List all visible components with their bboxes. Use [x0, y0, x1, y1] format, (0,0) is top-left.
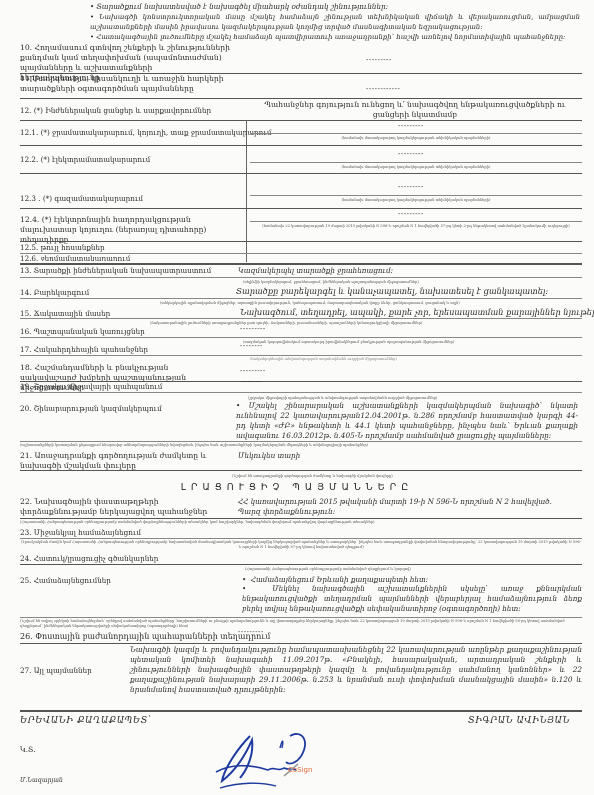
bullet-text: Մեկնել նախագծային աշխատանքներին սկսելը՝ … — [242, 584, 582, 613]
row-25-bullet-2: • Մեկնել նախագծային աշխատանքներին սկսելը… — [242, 584, 582, 615]
row-25-label: 25. Համաձայնեցումներ — [20, 576, 111, 586]
row-11-value: ------------ — [366, 85, 400, 93]
row-13-label: 13. Տարածքի ինժեներական նախապատրաստում — [20, 266, 211, 276]
row-22-note: (Հայաստանի Հանրապետության օրենսդրությամբ… — [20, 520, 375, 525]
row-12-1-label: 12.1. (*) ջրամատակարարում, կոյուղի, տաք … — [20, 128, 271, 138]
row-25-note: (Նշվում են տվյալ օբյեկտի համաձայնեցման՝ … — [20, 619, 580, 629]
row-16-label: 16. Պաշտպանական կառույցներ — [20, 327, 145, 337]
row-14-value: Տարածքը բարեկարգել և կանաչապատել, նախատե… — [236, 286, 548, 296]
row-27-value: Նախագծի կազմը և բովանդակությունը համապատ… — [130, 645, 582, 695]
row-12-3-label: 12.3 . (*) գազամատակարարում — [20, 194, 143, 204]
bullet-1: • Տարածքում նախատեսված է նախագծել միահար… — [90, 2, 580, 12]
row-12-2-note: (համանախ մատակարարող կազմակերպության տեխ… — [250, 165, 582, 170]
row-22-value-line2: Պարզ փորձաքննություն: — [238, 507, 335, 517]
row-17-value: -------- — [240, 342, 263, 350]
row-24-note: (Հայաստանի Հանրապետության օրենսդրությամբ… — [245, 567, 411, 572]
row-17-note: (հակահրդեհային անվտանգության ապահովմանն … — [250, 357, 397, 362]
row-18-value: --------- — [240, 367, 266, 375]
row-20-note: (աշխատանքների կատարման ընթացքում հնարավո… — [20, 443, 368, 448]
row-22-label: 22. Նախագծային փաստաթղթերի փորձաքննությա… — [20, 497, 230, 517]
mayor-name: ՏԻԳՐԱՆ ԱՎԻՆՅԱՆ — [468, 716, 570, 726]
row-23-note: (Լրամշակման մասին կամ Հայաստանի Հանրապետ… — [20, 540, 582, 550]
stamp-initials: Կ.Տ. — [20, 745, 36, 755]
signature-icon — [210, 726, 320, 792]
row-12-3-note: (համանախ մատակարարող կազմակերպության տեխ… — [250, 198, 582, 203]
bullet-text: Տարածքում նախատեսված է նախագծել միահարկ … — [97, 2, 389, 11]
row-16-value: --------- — [240, 325, 266, 333]
row-15-value: Նախագծում, տեղադրել, ապակի, քարե չոր, եր… — [240, 307, 594, 317]
row-12-5-label: 12.5. թույլ հոսանքներ — [20, 243, 105, 253]
row-24-label: 24. Հատուկ/լրացուցիչ գծանկարներ — [20, 554, 158, 564]
row-15-note: (ճակատարանային լուծումների առաջադրանքներ… — [150, 321, 422, 326]
executor-name: Մ.Նազարյան — [20, 776, 63, 786]
row-13-note: (ռելիեֆի կազմակերպում, ջրահեռացում, ինժե… — [243, 280, 419, 285]
row-12-2-value: --------- — [398, 150, 424, 158]
row-10-value: --------- — [366, 56, 392, 64]
row-12-6-label: 12.6. ջերմամատակարարում — [20, 254, 130, 261]
row-12-4-note: (համանախ 22 կառավարության 19 մարտի 2015 … — [256, 224, 576, 229]
row-12-header: Պահանջներ գոյություն ունեցող և՛ նախագծվո… — [250, 100, 580, 120]
row-14-label: 14. Բարեկարգում — [20, 288, 89, 298]
row-11-label: 11.Ստորգետնյա, կիսանկուղի և առաջին հարկե… — [20, 74, 240, 94]
row-12-2-label: 12.2. (*) էլեկտրամատակարարում — [20, 155, 150, 165]
row-23-label: 23. Միջանկյալ համաձայնեցում — [20, 528, 141, 538]
row-21-note: (Նշվում են առաջադրանքի գործողության ժամկ… — [232, 474, 393, 479]
row-21-label: 21. Առաջադրանքի գործողության ժամկետը և ն… — [20, 451, 220, 471]
section-title: ԼՐԱՑՈՒՑԻՉ ՊԱՅՄԱՆՆԵՐԸ — [0, 482, 594, 493]
bullet-3: • Հատակագծային լուծումները մշակել համաձա… — [90, 32, 590, 42]
row-20-label: 20. Շինարարության կազմակերպում — [20, 404, 162, 414]
row-14-note: (տնկարկային պլանավորման միջոցներ, արտաքի… — [160, 301, 460, 306]
row-13-value: Կազմակերպել տարածքի ջրահեռացում: — [238, 266, 393, 276]
row-12-1-note: (համանախ մատակարարող կազմակերպության տեխ… — [250, 136, 582, 141]
bullet-text: Համաձայնեցում Երևանի քաղաքապետի հետ: — [251, 575, 428, 584]
bullet-text: Նախագծի կոնստրուկտորական մասը մշակել համ… — [90, 13, 580, 31]
row-16-note: (ռազմական կարգավիճակում արտակարգ իրավիճա… — [243, 340, 454, 345]
row-22-value-line1: ՀՀ կառավարության 2015 թվականի մարտի 19-ի… — [238, 497, 552, 507]
row-21-value: Մեկուկես տարի — [238, 451, 300, 461]
row-12-1-value: --------- — [398, 122, 424, 130]
row-12-label: 12. (*) Ինժեներական ցանցեր և սարքավորում… — [20, 106, 211, 116]
row-26-label: 26. Փոստային բաժանորդային պահարանների տե… — [20, 632, 270, 642]
row-12-4-value: --------- — [398, 210, 424, 218]
row-19-value: ——— — [240, 377, 263, 385]
row-26-value: --------- — [238, 628, 264, 636]
row-20-value: • Մշակել շինարարական աշխատանքների կազմակ… — [236, 401, 578, 441]
row-27-label: 27. Այլ պայմաններ — [20, 666, 92, 676]
mayor-title: ԵՐԵՎԱՆԻ ՔԱՂԱՔԱՊԵՏ՝ — [20, 716, 151, 726]
bullet-2: • Նախագծի կոնստրուկտորական մասը մշակել հ… — [90, 12, 580, 32]
cosign-logo: CoSign — [288, 766, 312, 774]
row-12-3-value: --------- — [398, 183, 424, 191]
row-17-label: 17. Հակահրդեհային պահանջներ — [20, 345, 148, 355]
bullet-text: Հատակագծային լուծումները մշակել համաձայն… — [96, 33, 565, 41]
row-19-label: 19. Շրջակա միջավայրի պահպանում — [20, 382, 162, 392]
